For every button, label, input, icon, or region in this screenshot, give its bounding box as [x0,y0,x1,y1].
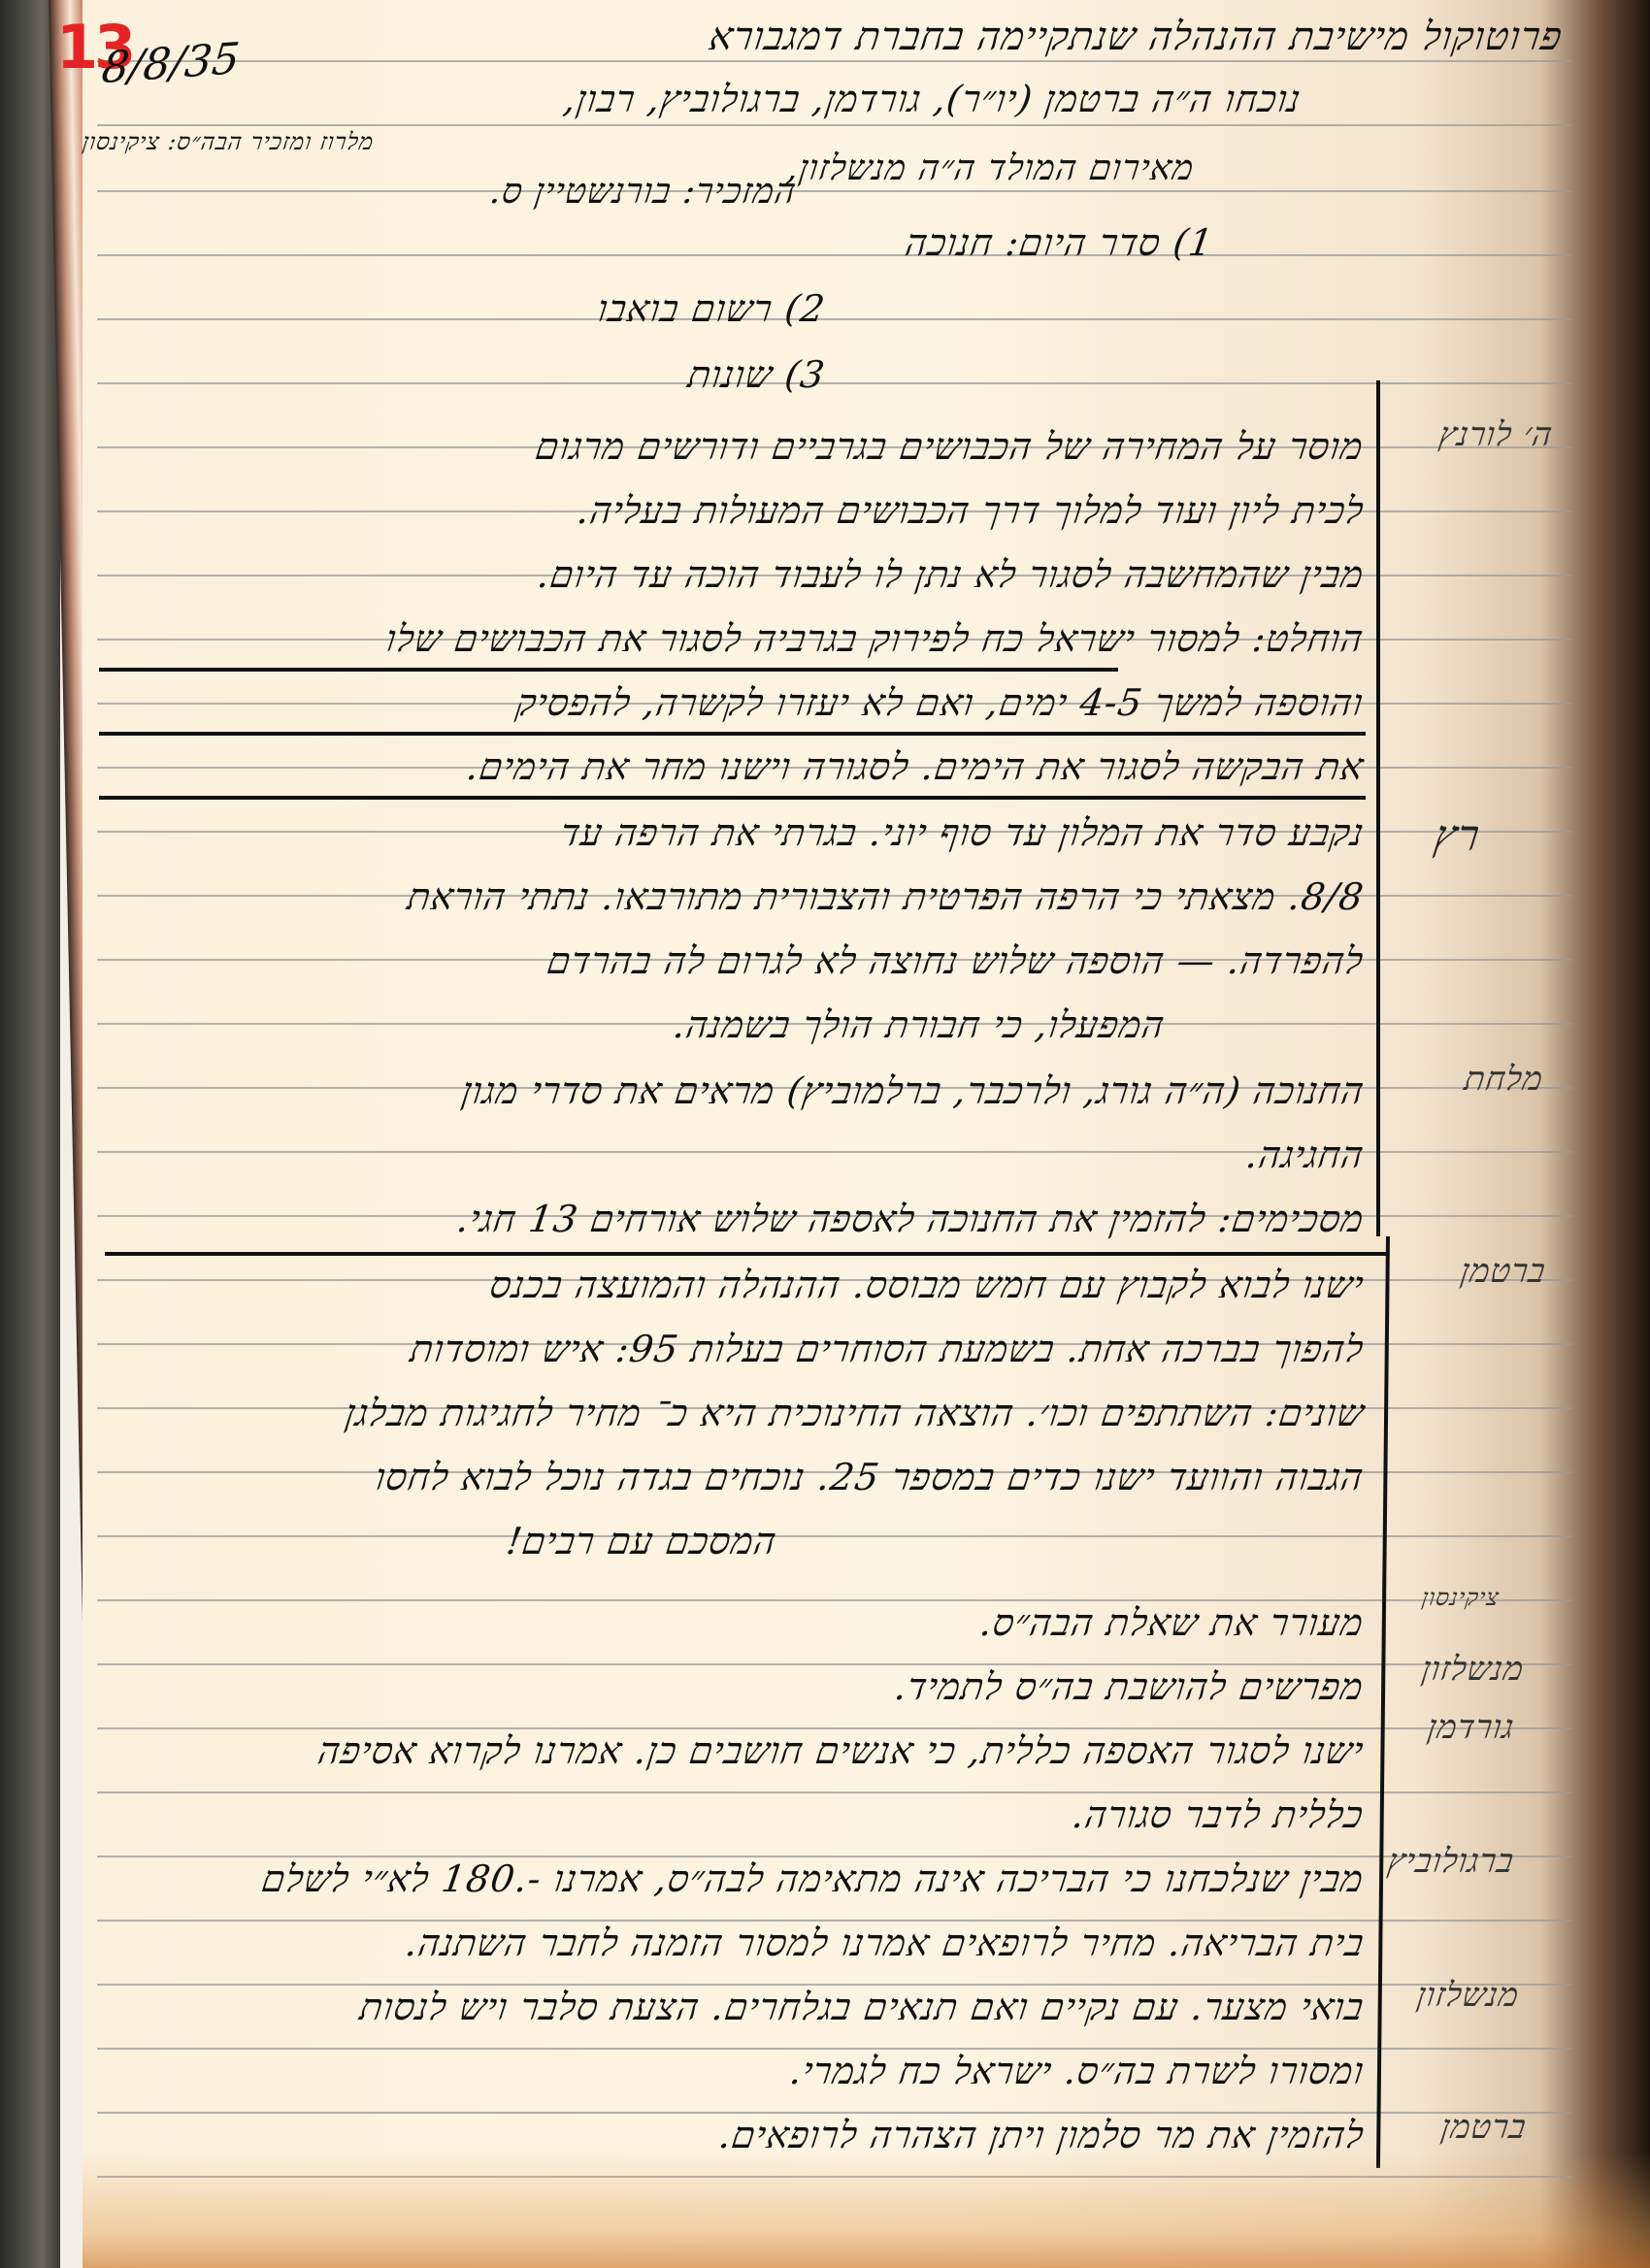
attendees-note: מלרוז ומזכיר הבה״ס: ציקינסון [81,128,376,156]
notebook-spine [0,0,60,2268]
agenda-item-1: 1) סדר היום: חנוכה [903,221,1216,265]
speaker-name: מנשלזון [1414,1976,1522,2015]
minutes-line: המפעלו, כי חבורת הולך בשמנה. [671,1003,1168,1047]
decision-underline [99,668,1118,672]
speaker-name: ה׳ לורנץ [1437,415,1556,454]
minutes-line: מוסר על המחירה של הכבושים בגרביים ודורשי… [533,425,1367,469]
minutes-line: מעורר את שאלת הבה״ס. [977,1601,1367,1645]
speaker-name: גורדמן [1425,1708,1517,1747]
minutes-line: מפרשים להושבת בה״ס לתמיד. [892,1665,1367,1709]
agenda-item-2: 2) רשום בואבו [595,287,828,331]
decision-underline [99,732,1366,736]
minutes-line: כללית לדבר סגורה. [1070,1793,1367,1837]
absent-line: מאירום המולד ה״ה מנשלזון, [784,148,1197,188]
minutes-line: להפרדה. — הוספה שלוש נחוצה לא לגרום לה ב… [544,939,1367,983]
minutes-line: והוספה למשך 4-5 ימים, ואם לא יעזרו לקשרה… [513,681,1367,725]
minutes-line: נקבע סדר את המלון עד סוף יוני. בגרתי את … [558,811,1368,855]
decision-underline [105,1252,1386,1256]
minutes-line: הגבוה והוועד ישנו כדים במספר 25. נוכחים … [373,1456,1367,1499]
minutes-line: שונים: השתתפים וכו׳. הוצאה החינוכית היא … [342,1392,1367,1435]
minutes-line: המסכם עם רבים! [504,1520,779,1563]
meeting-date: 8/8/35 [99,34,242,93]
minutes-line: הוחלט: למסור ישראל כח לפירוק בגרביה לסגו… [383,617,1367,661]
minutes-line: ומסורו לשרת בה״ס. ישראל כח לגמרי. [786,2050,1367,2093]
minutes-line: מסכימים: להזמין את החנוכה לאספה שלוש אור… [454,1198,1368,1241]
agenda-item-3: 3) שונות [685,353,828,397]
speaker-name: ברטמן [1458,1252,1548,1291]
speaker-name: ברגולוביץ [1386,1842,1517,1881]
minutes-line: ישנו לסגור האספה כללית, כי אנשים חושבים … [315,1729,1367,1773]
minutes-line: בית הבריאה. מחיר לרופאים אמרנו למסור הזמ… [403,1922,1368,1965]
minutes-line: מבין שהמחשבה לסגור לא נתן לו לעבוד הוכה … [535,553,1367,597]
decision-underline [99,796,1366,800]
page-edge-stain [82,2152,1650,2268]
margin-divider-line [1376,380,1380,1236]
minutes-line: החנוכה (ה״ה גורג, ולרכבר, ברלמוביץ) מראי… [458,1069,1367,1113]
attendees-line: נוכחו ה״ה ברטמן (יו״ר), גורדמן, ברגולובי… [561,78,1303,121]
speaker-name: רץ [1432,811,1484,861]
minutes-line: להפוך בברכה אחת. בשמעת הסוחרים בעלות 95:… [408,1328,1367,1371]
minutes-line: 8/8. מצאתי כי הרפה הפרטית והצבורית מתורב… [405,875,1367,919]
speaker-name: מלחת [1462,1060,1546,1099]
minutes-line: מבין שנלכחנו כי הבריכה אינה מתאימה לבה״ס… [259,1857,1367,1901]
speaker-name: ציקינסון [1420,1584,1501,1612]
speaker-name: ברטמן [1438,2108,1529,2147]
minutes-line: לכית ליון ועוד למלוך דרך הכבושים המעולות… [575,489,1368,533]
secretary-line: המזכיר: בורנשטיין ס. [487,171,799,212]
minutes-line: בואי מצער. עם נקיים ואם תנאים בגלחרים. ה… [357,1986,1367,2029]
minutes-line: ישנו לבוא לקבוץ עם חמש מבוסס. ההנהלה והמ… [487,1264,1367,1307]
speaker-name: מנשלזון [1419,1650,1527,1689]
protocol-title: פרוטוקול מישיבת ההנהלה שנתקיימה בחברת דמ… [707,14,1566,59]
minutes-line: את הבקשה לסגור את הימים. לסגורה וישנו מח… [464,745,1367,789]
minutes-line: החגיגה. [1243,1134,1367,1177]
